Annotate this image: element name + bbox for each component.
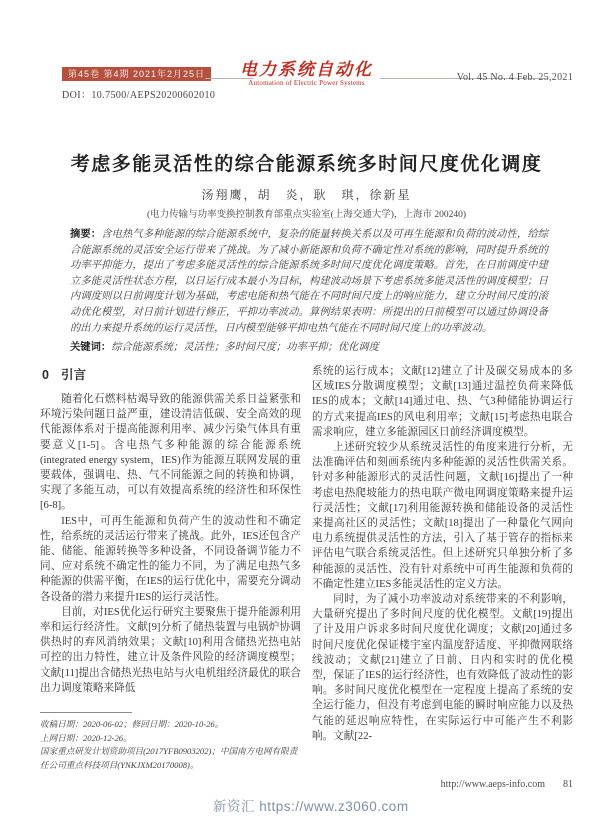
paper-title: 考虑多能灵活性的综合能源系统多时间尺度优化调度 <box>0 149 613 176</box>
paper-page: 第45卷 第4期 2021年2月25日 DOI：10.7500/AEPS2020… <box>0 0 613 825</box>
page-footer: http://www.aeps-info.com81 <box>441 779 573 790</box>
doi-text: DOI：10.7500/AEPS20200602010 <box>62 86 215 101</box>
body-paragraph: IES中，可再生能源和负荷产生的波动性和不确定性，给系统的灵活运行带来了挑战。此… <box>40 514 301 605</box>
abstract-paragraph: 摘要：含电热气多种能源的综合能源系统中，复杂的能量转换关系以及可再生能源和负荷的… <box>70 227 548 336</box>
body-paragraph: 目前，对IES优化运行研究主要聚焦于提升能源利用率和运行经济性。文献[9]分析了… <box>40 605 301 696</box>
footnote-funding: 国家重点研发计划资助项目(2017YFB0903202)；中国南方电网有限责任公… <box>40 745 301 772</box>
body-paragraph: 随着化石燃料枯竭导致的能源供需关系日益紧张和环境污染问题日益严重，建设清洁低碳、… <box>40 392 301 514</box>
journal-url-link[interactable]: http://www.aeps-info.com <box>441 779 545 790</box>
body-paragraph: 同时，为了减小功率波动对系统带来的不利影响，大量研究提出了多时间尺度的优化模型。… <box>312 592 573 744</box>
left-column: 0引言 随着化石燃料枯竭导致的能源供需关系日益紧张和环境污染问题日益严重，建设清… <box>40 364 301 776</box>
intro-section-heading: 0引言 <box>42 365 301 383</box>
volume-info: Vol. 45 No. 4 Feb. 25,2021 <box>457 72 573 83</box>
keywords-label: 关键词： <box>70 342 111 353</box>
page-number: 81 <box>563 779 573 790</box>
footnote-block: 收稿日期：2020-06-02；修回日期：2020-10-26。 上网日期：20… <box>40 708 301 772</box>
watermark-link[interactable]: 新资汇 https://www.z3060.com <box>213 795 409 815</box>
right-column: 系统的运行成本；文献[12]建立了计及碳交易成本的多区域IES分散调度模型；文献… <box>312 364 573 776</box>
abstract-block: 摘要：含电热气多种能源的综合能源系统中，复杂的能量转换关系以及可再生能源和负荷的… <box>70 227 548 356</box>
keywords-line: 关键词：综合能源系统；灵活性；多时间尺度；功率平抑；优化调度 <box>70 340 548 356</box>
abstract-label: 摘要： <box>70 229 101 240</box>
footnote-divider <box>40 712 132 713</box>
footnote-online-date: 上网日期：2020-12-26。 <box>40 732 301 745</box>
body-columns: 0引言 随着化石燃料枯竭导致的能源供需关系日益紧张和环境污染问题日益严重，建设清… <box>40 364 573 776</box>
footnote-received-dates: 收稿日期：2020-06-02；修回日期：2020-10-26。 <box>40 718 301 731</box>
affiliation-line: (电力传输与功率变换控制教育部重点实验室(上海交通大学)，上海市 200240) <box>0 206 613 220</box>
abstract-text: 含电热气多种能源的综合能源系统中，复杂的能量转换关系以及可再生能源和负荷的波动性… <box>70 229 548 334</box>
section-number: 0 <box>42 368 49 382</box>
authors-line: 汤翔鹰，胡 炎，耿 琪，徐新星 <box>0 186 613 203</box>
body-paragraph: 上述研究较少从系统灵活性的角度来进行分析，无法准确评估和刻画系统内多种能源的灵活… <box>312 440 573 592</box>
keywords-text: 综合能源系统；灵活性；多时间尺度；功率平抑；优化调度 <box>111 342 379 353</box>
header-rule-left <box>205 78 253 79</box>
body-paragraph: 系统的运行成本；文献[12]建立了计及碳交易成本的多区域IES分散调度模型；文献… <box>312 364 573 440</box>
section-title: 引言 <box>61 368 86 382</box>
